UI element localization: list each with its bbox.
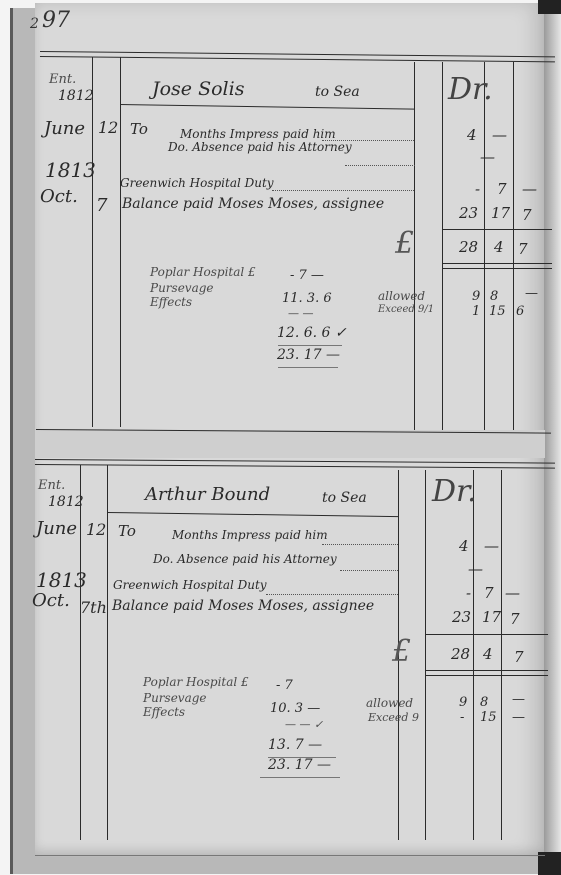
entry-shillings: — xyxy=(484,537,499,555)
entry-text: Greenwich Hospital Duty xyxy=(120,176,274,190)
total-pounds: 28 xyxy=(459,238,478,256)
note-rule xyxy=(278,367,338,368)
total-shillings: 4 xyxy=(494,238,504,256)
entry-pounds: - xyxy=(475,180,480,198)
note-pence: 6 xyxy=(516,304,524,319)
total-pence: 7 xyxy=(518,240,528,258)
note-line: Effects xyxy=(143,705,185,719)
day-column-rule xyxy=(120,57,121,427)
entry-text: Months Impress paid him xyxy=(180,127,336,141)
entry-text: Months Impress paid him xyxy=(172,528,328,542)
entry-text: Do. Absence paid his Attorney xyxy=(168,140,352,154)
folio-left-mark: 2 xyxy=(30,16,39,32)
entered-label: Ent. xyxy=(38,478,65,493)
entry-prefix: To xyxy=(130,120,148,138)
note-subtotal: 12. 6. 6 ✓ xyxy=(277,325,347,341)
total-top-rule xyxy=(426,634,548,635)
entry-text: Greenwich Hospital Duty xyxy=(113,578,267,592)
note-shillings: 8 xyxy=(480,695,488,710)
entered-year: 1812 xyxy=(58,88,94,104)
entry-shillings: — xyxy=(468,560,483,578)
entry-shillings: — xyxy=(492,126,507,144)
note-line: Effects xyxy=(150,295,192,309)
note-remark: allowed xyxy=(366,696,413,710)
entry-shillings: 7 xyxy=(497,180,507,198)
note-line: Pursevage xyxy=(143,691,207,705)
note-amount: 10. 3 — xyxy=(270,701,320,716)
note-amount: 11. 3. 6 xyxy=(282,291,332,306)
note-remark: Exceed 9 xyxy=(368,711,419,724)
note-shillings: 15 xyxy=(489,304,506,319)
entry-month: Oct. xyxy=(40,186,78,207)
page-number: 97 xyxy=(42,8,70,33)
total-bottom-rule xyxy=(442,263,552,269)
pounds-column-rule xyxy=(473,470,474,840)
total-shillings: 4 xyxy=(483,645,493,663)
account-name: Arthur Bound xyxy=(145,484,270,505)
entry-year: 1813 xyxy=(36,568,87,592)
total-currency-symbol: £ xyxy=(395,226,414,261)
entry-text: Balance paid Moses Moses, assignee xyxy=(122,196,384,212)
entry-pounds: 23 xyxy=(459,204,478,222)
entered-year: 1812 xyxy=(48,494,84,510)
leader-dots xyxy=(266,594,398,595)
entry-shillings: — xyxy=(480,148,495,166)
note-line: Poplar Hospital £ xyxy=(143,675,249,689)
entry-shillings: 17 xyxy=(491,204,510,222)
entry-day: 7 xyxy=(96,195,107,216)
page-bottom-edge xyxy=(35,855,545,856)
page-shadow-top xyxy=(538,0,561,14)
description-end-rule xyxy=(414,62,415,434)
pounds-column-rule xyxy=(484,62,485,434)
day-column-rule xyxy=(107,465,108,840)
total-pounds: 28 xyxy=(451,645,470,663)
note-pence: — xyxy=(512,692,525,707)
note-amount: — — ✓ xyxy=(285,718,323,731)
total-top-rule xyxy=(442,229,552,230)
entry-day: 7th xyxy=(80,598,107,617)
note-pounds: 9 xyxy=(459,695,467,710)
note-rule xyxy=(278,345,342,346)
entry-pence: 7 xyxy=(510,610,520,628)
note-amount: - 7 — xyxy=(290,268,324,283)
entry-shillings: 7 xyxy=(484,584,494,602)
note-total: 23. 17 — xyxy=(277,347,340,363)
entry-shillings: 17 xyxy=(482,608,501,626)
entry-month: Oct. xyxy=(32,590,70,611)
folio-column-rule xyxy=(442,62,443,434)
note-shillings: 15 xyxy=(480,710,497,725)
account-name: Jose Solis xyxy=(152,78,244,100)
entry-pounds: 4 xyxy=(459,537,469,555)
entry-month: June xyxy=(44,118,85,139)
entry-year: 1813 xyxy=(45,158,96,182)
entry-pence: — xyxy=(522,180,537,198)
entry-text: Do. Absence paid his Attorney xyxy=(153,552,337,566)
folio-column-rule xyxy=(425,470,426,840)
note-amount: — — xyxy=(288,307,314,320)
note-line: Poplar Hospital £ xyxy=(150,265,256,279)
note-shillings: 8 xyxy=(490,289,498,304)
note-pounds: 9 xyxy=(472,289,480,304)
entry-text: Balance paid Moses Moses, assignee xyxy=(112,598,374,614)
note-remark: Exceed 9/1 xyxy=(378,304,434,315)
debit-heading: Dr. xyxy=(448,72,493,107)
total-pence: 7 xyxy=(514,648,524,666)
facing-page-edge xyxy=(544,0,561,875)
date-column-rule xyxy=(80,465,81,840)
entry-prefix: To xyxy=(118,522,136,540)
note-total: 23. 17 — xyxy=(268,757,331,773)
entry-pence: 7 xyxy=(522,206,532,224)
note-remark: allowed xyxy=(378,289,425,303)
note-pounds: - xyxy=(460,710,464,725)
note-line: Pursevage xyxy=(150,281,214,295)
entry-pounds: 23 xyxy=(452,608,471,626)
leader-dots xyxy=(340,570,398,571)
entered-label: Ent. xyxy=(49,72,76,87)
account-ship: to Sea xyxy=(315,84,360,100)
note-pounds: 1 xyxy=(472,304,480,319)
leader-dots xyxy=(272,190,414,191)
total-bottom-rule xyxy=(426,670,548,676)
note-pence: — xyxy=(525,286,538,301)
entry-day: 12 xyxy=(98,118,118,137)
note-amount: - 7 xyxy=(276,678,293,693)
entry-pounds: - xyxy=(466,584,471,602)
entry-pence: — xyxy=(505,584,520,602)
note-rule xyxy=(260,777,340,778)
debit-heading: Dr. xyxy=(432,474,477,509)
account-separator xyxy=(35,430,545,458)
entry-day: 12 xyxy=(86,520,106,539)
date-column-rule xyxy=(92,57,93,427)
note-subtotal: 13. 7 — xyxy=(268,737,322,753)
note-pence: — xyxy=(512,710,525,725)
leader-dots xyxy=(322,544,398,545)
account-ship: to Sea xyxy=(322,490,367,506)
shillings-column-rule xyxy=(513,62,514,434)
total-currency-symbol: £ xyxy=(392,634,411,669)
entry-month: June xyxy=(36,518,77,539)
leader-dots xyxy=(345,165,415,166)
shillings-column-rule xyxy=(501,470,502,840)
entry-pounds: 4 xyxy=(467,126,477,144)
